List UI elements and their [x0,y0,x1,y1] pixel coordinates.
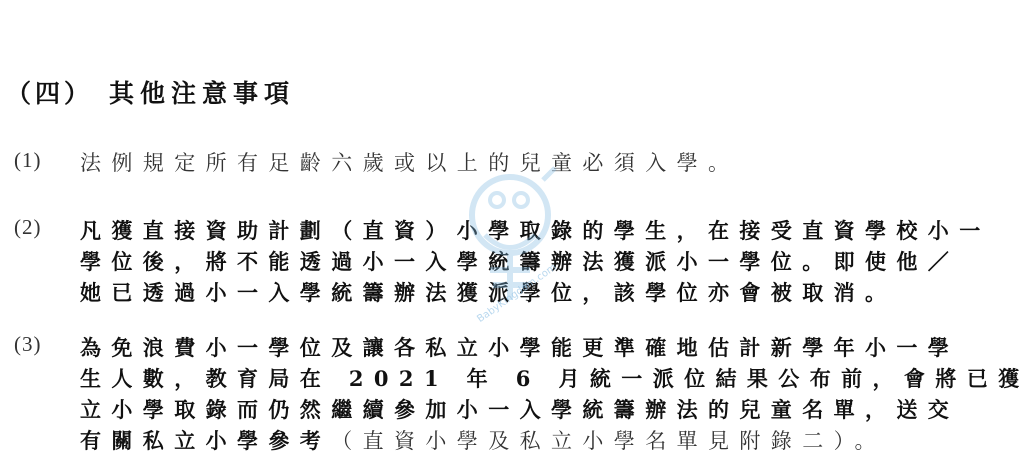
item-line: 法例規定所有足齡六歲或以上的兒童必須入學。 [80,148,739,179]
item-marker: (2) [14,215,42,240]
item-line: 為免浪費小一學位及讓各私立小學能更準確地估計新學年小一學 [80,332,1024,363]
section-title-text: 其他注意事項 [109,79,295,108]
item-line-normal-part: （直資小學及私立小學名單見附錄二）。 [331,429,886,453]
item-line: 凡獲直接資助計劃（直資）小學取錄的學生，在接受直資學校小一 [80,215,991,246]
document-page: （四）其他注意事項 (1) 法例規定所有足齡六歲或以上的兒童必須入學。 (2) … [0,0,1024,472]
item-marker: (3) [14,332,42,357]
section-number: （四） [6,79,93,108]
item-marker: (1) [14,148,42,173]
item-line-bold-part: 有關私立小學參考 [80,428,331,453]
section-heading: （四）其他注意事項 [6,74,295,110]
item-line: 生人數，教育局在 2021 年 6 月統一派位結果公布前，會將已獲私 [80,363,1024,394]
item-line-last: 有關私立小學參考（直資小學及私立小學名單見附錄二）。 [80,425,1024,456]
item-line: 立小學取錄而仍然繼續參加小一入學統籌辦法的兒童名單，送交 [80,394,1024,425]
